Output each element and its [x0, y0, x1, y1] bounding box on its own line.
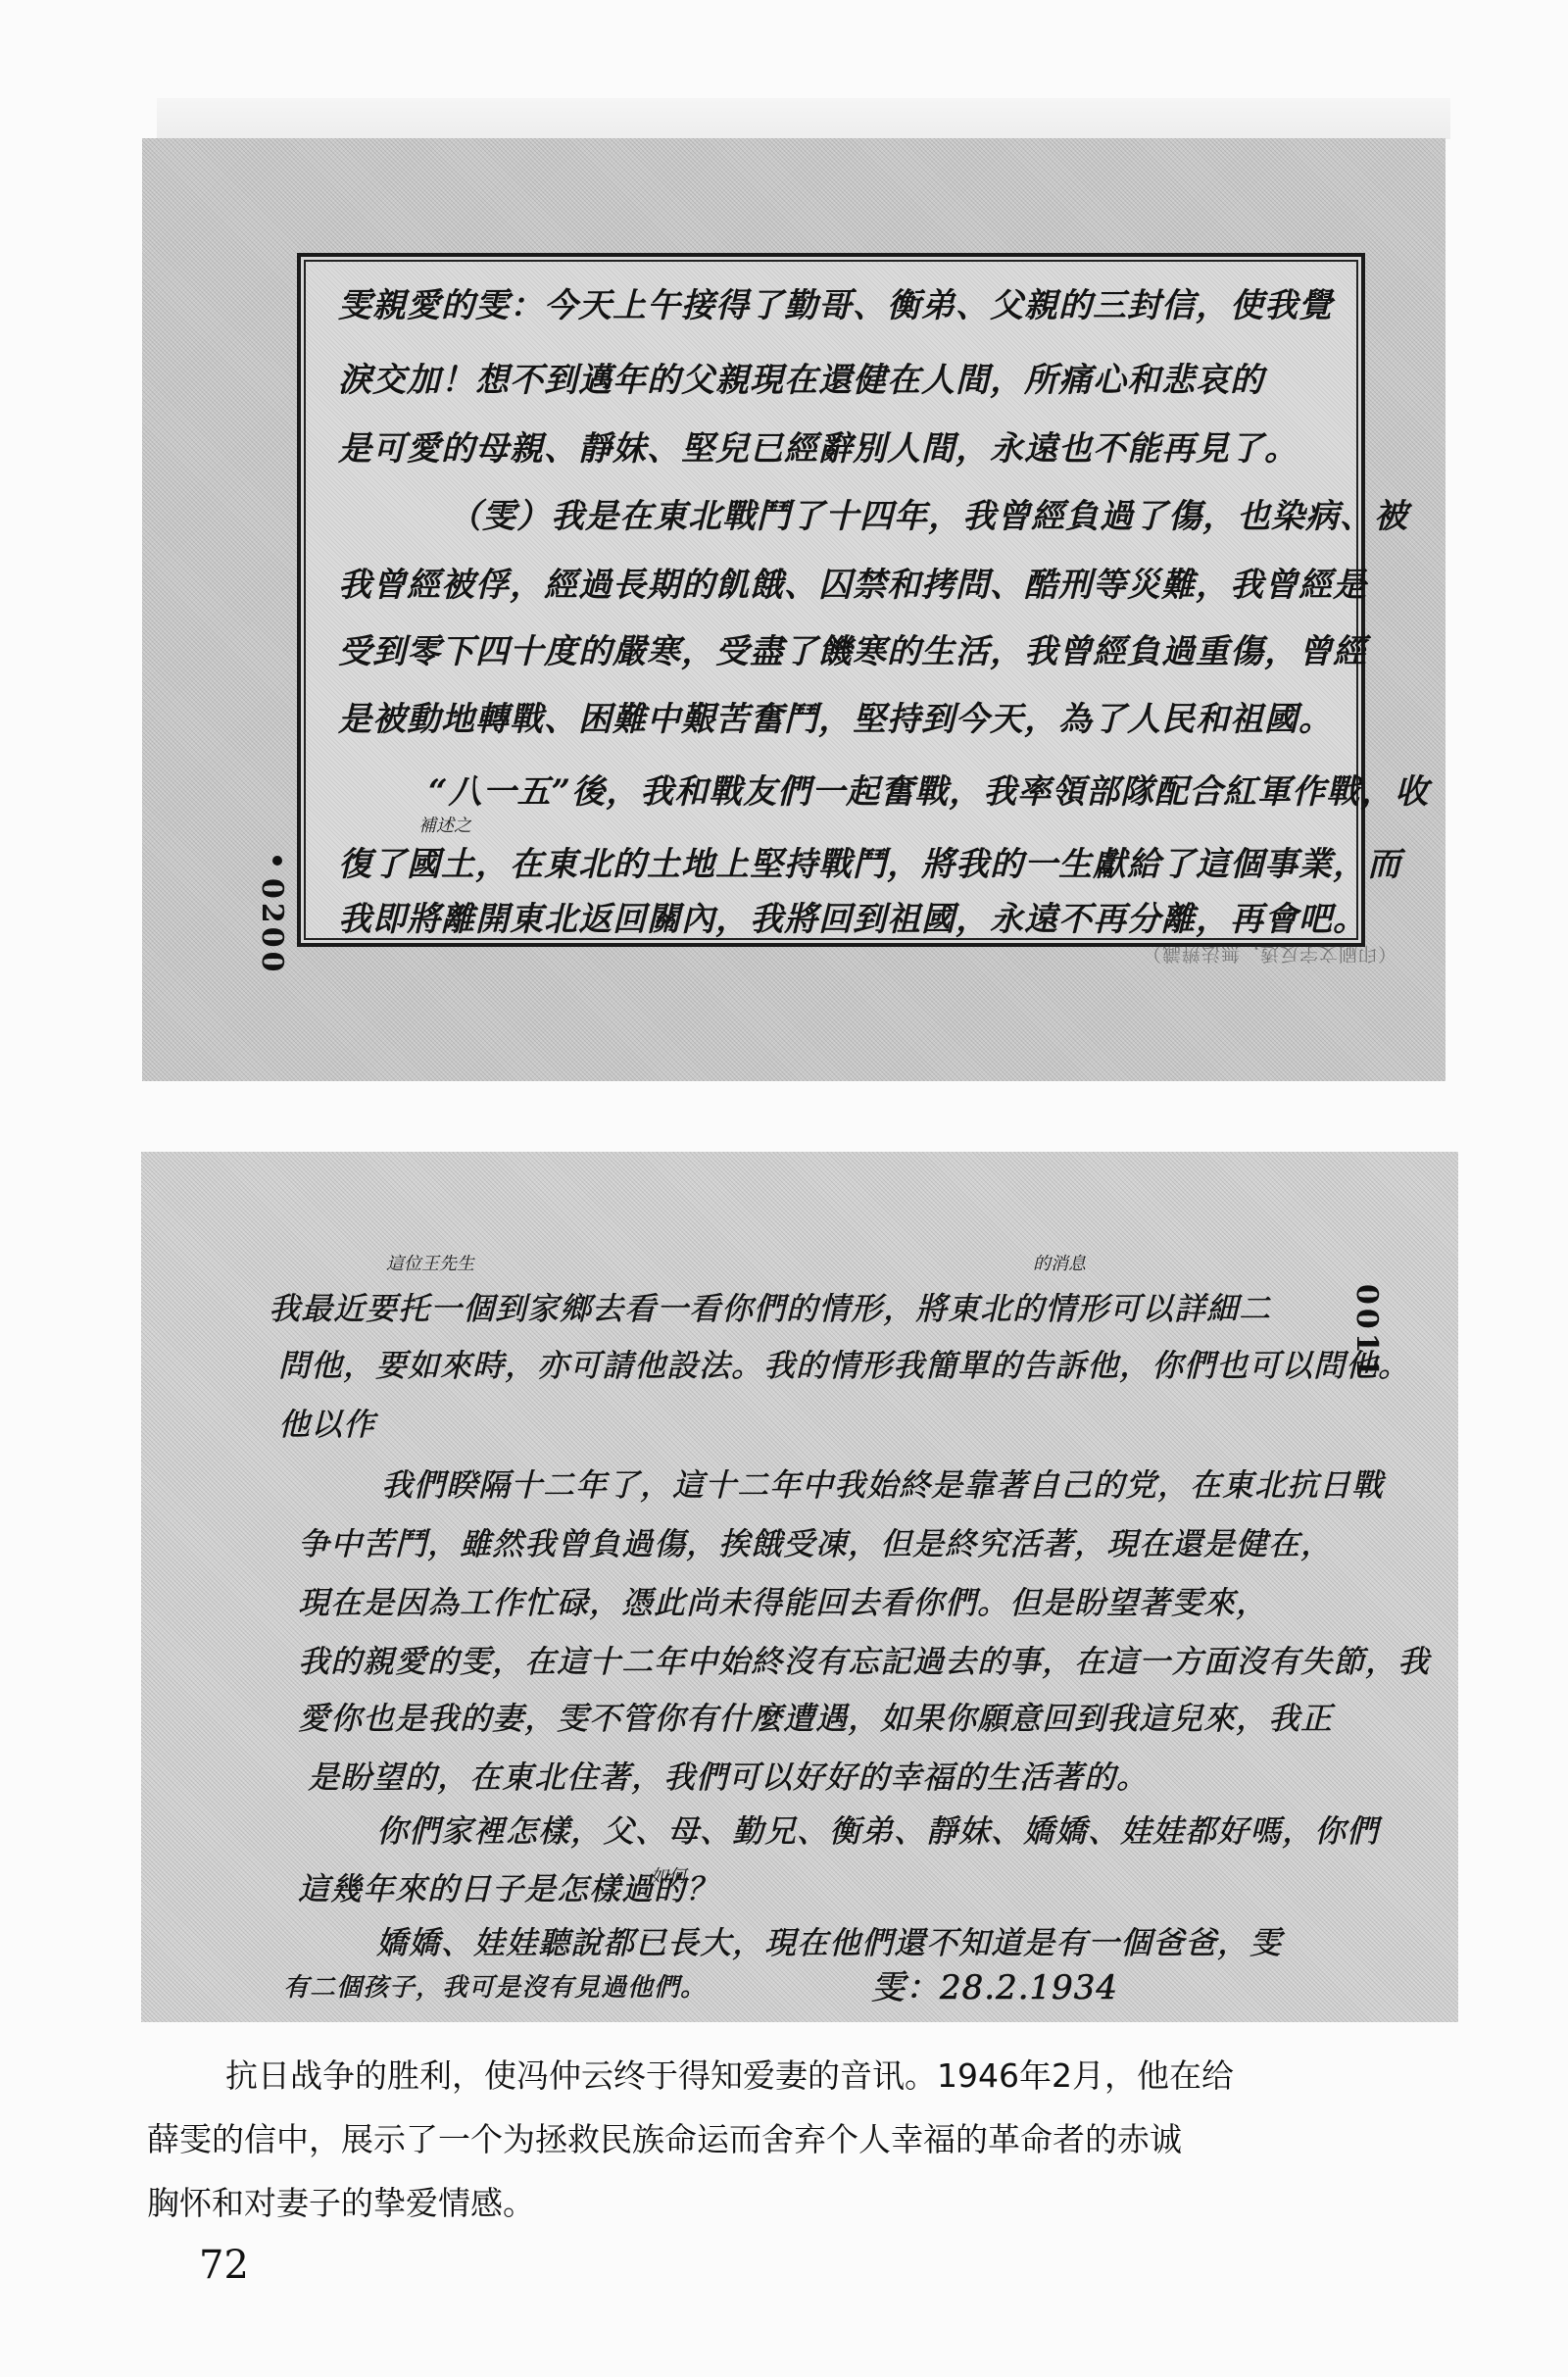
letter-line: 我們睽隔十二年了，這十二年中我始終是靠著自己的党，在東北抗日戰 [381, 1461, 1384, 1506]
archive-stamp-1: 0200 [255, 878, 289, 976]
letter-line: 我的親愛的雯，在這十二年中始終沒有忘記過去的事，在這一方面沒有失節，我 [298, 1637, 1430, 1682]
letter-line: （雯）我是在東北戰鬥了十四年，我曾經負過了傷，也染病、被 [448, 489, 1408, 537]
letter-line: 你們家裡怎樣，父、母、勤兄、衡弟、靜妹、嬌嬌、娃娃都好嗎，你們 [376, 1807, 1379, 1852]
letter-line: 是被動地轉戰、困難中艱苦奮鬥，堅持到今天，為了人民和祖國。 [338, 692, 1333, 740]
letter-annotation: 如何 [651, 1862, 686, 1888]
letter-annotation: 這位王先生 [386, 1250, 474, 1275]
letter-line: 復了國土，在東北的土地上堅持戰鬥，將我的一生獻給了這個事業，而 [338, 837, 1401, 885]
letter-line: 受到零下四十度的嚴寒，受盡了饑寒的生活，我曾經負過重傷，曾經 [338, 624, 1367, 672]
letter-line: “八一五”後，我和戰友們一起奮戰，我率領部隊配合紅軍作戰，收 [428, 765, 1429, 813]
letter-line: 有二個孩子，我可是沒有見過他們。 [283, 1967, 707, 2004]
letter-line: 嬌嬌、娃娃聽說都已長大，現在他們還不知道是有一個爸爸，雯 [376, 1918, 1282, 1963]
letter-line: 争中苦鬥，雖然我曾負過傷，挨餓受凍，但是終究活著，現在還是健在， [298, 1519, 1333, 1564]
letter-line: 愛你也是我的妻，雯不管你有什麼遭遇，如果你願意回到我這兒來，我正 [298, 1694, 1333, 1739]
stamp-dot [272, 856, 282, 866]
page-number: 72 [199, 2243, 249, 2288]
letter-line: 他以作 [278, 1400, 375, 1445]
letter-annotation: 補述之 [418, 812, 471, 837]
letter-line: 我曾經被俘，經過長期的飢餓、囚禁和拷問、酷刑等災難，我曾經是 [338, 558, 1367, 606]
faded-bleedthrough-band [157, 98, 1450, 139]
letter-photo-1: 0200 雯親愛的雯：今天上午接得了勤哥、衡弟、父親的三封信，使我覺 淚交加！想… [142, 138, 1445, 1081]
letter-line: 現在是因為工作忙碌，憑此尚未得能回去看你們。但是盼望著雯來， [298, 1578, 1268, 1623]
letter-line: 我最近要托一個到家鄉去看一看你們的情形，將東北的情形可以詳細二 [269, 1284, 1271, 1329]
bleedthrough-print-text: （印刷文字反透，無法辨識） [965, 947, 1396, 968]
handwritten-letter-1: 雯親愛的雯：今天上午接得了勤哥、衡弟、父親的三封信，使我覺 淚交加！想不到邁年的… [297, 253, 1365, 947]
letter-photo-2: 0011 這位王先生 的消息 我最近要托一個到家鄉去看一看你們的情形，將東北的情… [141, 1152, 1458, 2022]
letter-signature: 雯：28.2.1934 [871, 1960, 1118, 2008]
letter-line: 是盼望的，在東北住著，我們可以好好的幸福的生活著的。 [308, 1753, 1149, 1798]
caption-line: 抗日战争的胜利，使冯仲云终于得知爱妻的音讯。1946年2月，他在给 [186, 2044, 1460, 2107]
letter-line: 問他，要如來時，亦可請他設法。我的情形我簡單的告訴他，你們也可以問他。 [278, 1341, 1410, 1386]
body-caption: 抗日战争的胜利，使冯仲云终于得知爱妻的音讯。1946年2月，他在给 薛雯的信中，… [186, 2044, 1460, 2235]
letter-annotation: 的消息 [1033, 1250, 1086, 1275]
letter-line: 是可愛的母親、靜妹、堅兒已經辭別人間，永遠也不能再見了。 [338, 421, 1298, 470]
letter-line: 我即將離開東北返回關內，我將回到祖國，永遠不再分離，再會吧。 [338, 892, 1367, 940]
caption-line: 薛雯的信中，展示了一个为拯救民族命运而舍弃个人幸福的革命者的赤诚 [147, 2107, 1460, 2171]
letter-line: 淚交加！想不到邁年的父親現在還健在人間，所痛心和悲哀的 [338, 353, 1264, 401]
letter-line: 雯親愛的雯：今天上午接得了勤哥、衡弟、父親的三封信，使我覺 [338, 278, 1333, 326]
caption-line: 胸怀和对妻子的挚爱情感。 [147, 2171, 1460, 2235]
